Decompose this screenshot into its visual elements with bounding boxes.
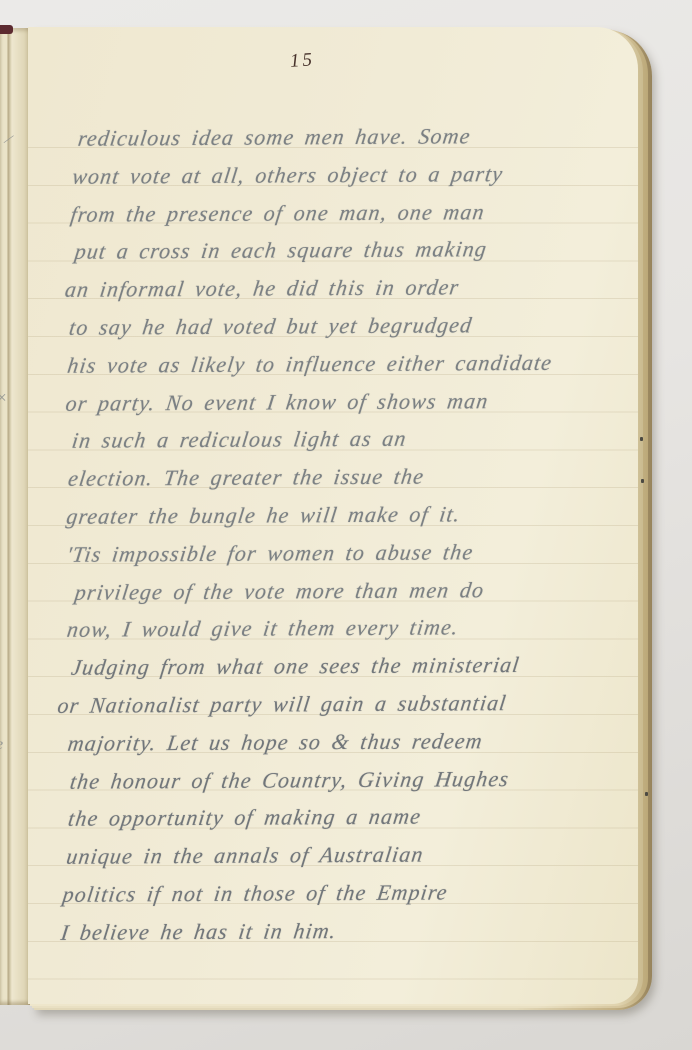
handwritten-line: or party. No event I know of shows man: [63, 381, 638, 422]
spine-cover-sliver: [0, 25, 13, 34]
page-number: 15: [289, 48, 316, 74]
handwritten-line: from the presence of one man, one man: [68, 192, 638, 233]
pencil-cross-icon: ×: [0, 390, 7, 405]
handwritten-text: rediculous idea some men have. Some wont…: [61, 116, 638, 951]
handwritten-line: now, I would give it them every time.: [65, 608, 638, 649]
handwritten-line: Judging from what one sees the ministeri…: [69, 645, 638, 686]
handwritten-line: politics if not in those of the Empire: [60, 872, 638, 913]
handwritten-line: the opportunity of making a name: [66, 797, 638, 838]
pencil-scribble-icon: e: [0, 737, 3, 752]
handwritten-line: 'Tis impossible for women to abuse the: [64, 532, 638, 573]
handwritten-line: unique in the annals of Australian: [64, 834, 638, 875]
notebook-photo: 15 rediculous idea some men have. Some w…: [0, 0, 692, 1050]
handwritten-line: election. The greater the issue the: [66, 456, 638, 497]
handwritten-line: wont vote at all, others object to a par…: [70, 154, 638, 195]
handwritten-line: I believe he has it in him.: [59, 910, 638, 951]
handwritten-line: in such a rediculous light as an: [70, 419, 638, 460]
ink-speck: [641, 479, 644, 483]
handwritten-line: the honour of the Country, Giving Hughes: [68, 759, 638, 800]
handwritten-line: majority. Let us hope so & thus redeem: [65, 721, 638, 762]
binding-gutter: [0, 28, 30, 1005]
handwritten-line: to say he had voted but yet begrudged: [67, 305, 638, 346]
handwritten-line: put a cross in each square thus making: [72, 230, 638, 271]
handwritten-line: greater the bungle he will make of it.: [64, 494, 638, 535]
handwritten-line: or Nationalist party will gain a substan…: [55, 683, 638, 724]
ink-speck: [640, 437, 643, 441]
handwritten-line: an informal vote, he did this in order: [63, 267, 638, 308]
handwritten-line: rediculous idea some men have. Some: [76, 116, 638, 157]
handwritten-line: privilege of the vote more than men do: [72, 570, 638, 611]
ink-speck: [645, 792, 648, 796]
handwritten-line: his vote as likely to influence either c…: [65, 343, 638, 384]
notebook-page: 15 rediculous idea some men have. Some w…: [28, 27, 638, 1004]
